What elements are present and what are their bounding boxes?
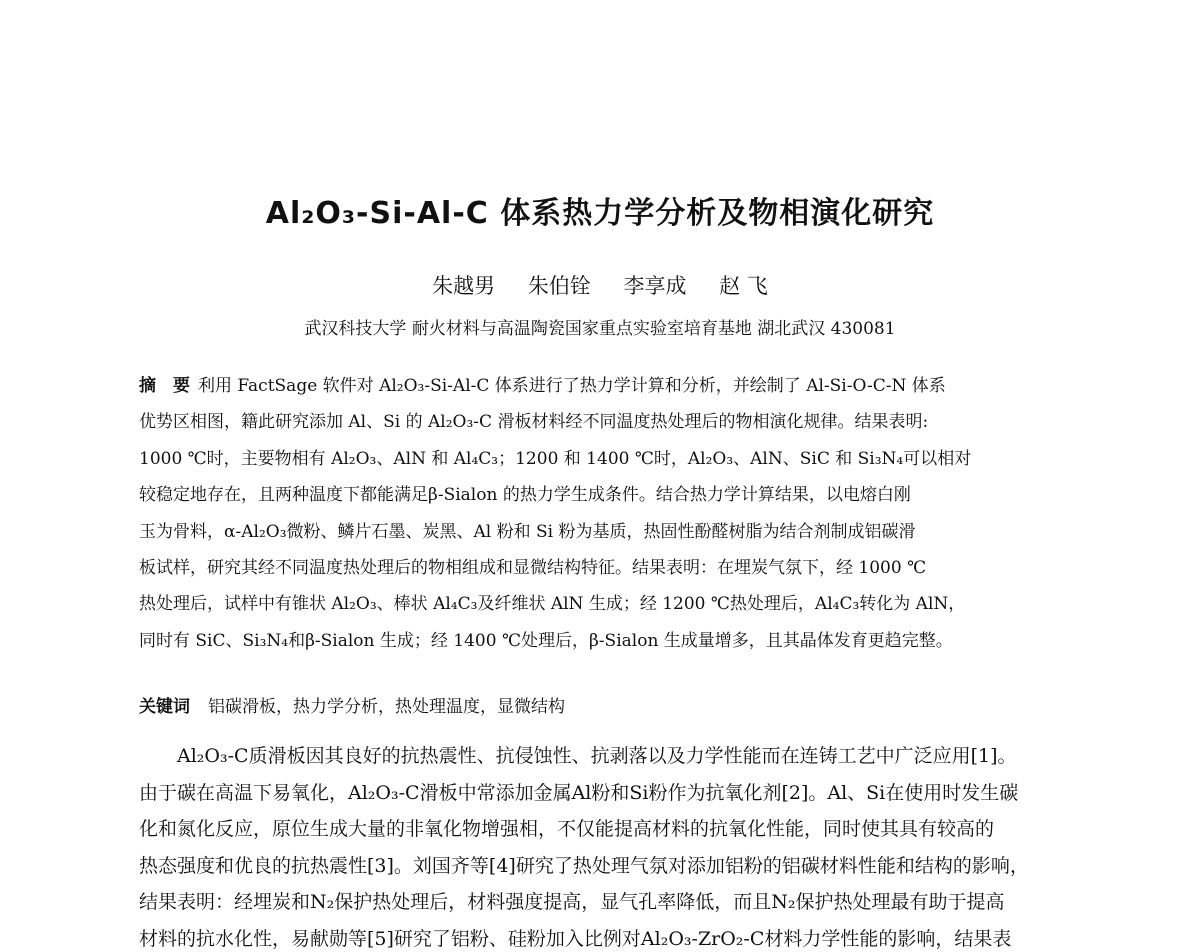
abstract-line: 同时有 SiC、Si₃N₄和β-Sialon 生成；经 1400 ℃处理后，β-… [139,623,1082,659]
paper-page: Al₂O₃-Si-Al-C 体系热力学分析及物相演化研究 朱越男 朱伯铨 李享成… [0,0,1200,952]
author: 朱伯铨 [528,274,591,298]
body-line: 热态强度和优良的抗热震性[3]。刘国齐等[4]研究了热处理气氛对添加铝粉的铝碳材… [139,848,1082,885]
keywords: 关键词铝碳滑板，热力学分析，热处理温度，显微结构 [139,692,565,717]
body-line: 化和氮化反应，原位生成大量的非氧化物增强相，不仅能提高材料的抗氧化性能，同时使其… [139,811,1082,848]
affiliation: 武汉科技大学 耐火材料与高温陶瓷国家重点实验室培育基地 湖北武汉 430081 [0,314,1200,339]
abstract-line: 热处理后，试样中有锥状 Al₂O₃、棒状 Al₄C₃及纤维状 AlN 生成；经 … [139,586,1082,622]
body-line: 材料的抗水化性，易献勋等[5]研究了铝粉、硅粉加入比例对Al₂O₃-ZrO₂-C… [139,921,1082,952]
body-line: Al₂O₃-C质滑板因其良好的抗热震性、抗侵蚀性、抗剥落以及力学性能而在连铸工艺… [139,738,1082,775]
keywords-text: 铝碳滑板，热力学分析，热处理温度，显微结构 [208,697,565,717]
body-line: 结果表明：经埋炭和N₂保护热处理后，材料强度提高，显气孔率降低，而且N₂保护热处… [139,884,1082,921]
paper-title: Al₂O₃-Si-Al-C 体系热力学分析及物相演化研究 [0,188,1200,232]
body-line: 由于碳在高温下易氧化，Al₂O₃-C滑板中常添加金属Al粉和Si粉作为抗氧化剂[… [139,775,1082,812]
author: 赵 飞 [719,274,768,298]
keywords-label: 关键词 [139,697,190,717]
author: 李享成 [624,274,687,298]
abstract: 摘 要利用 FactSage 软件对 Al₂O₃-Si-Al-C 体系进行了热力… [139,368,1082,659]
abstract-line: 板试样，研究其经不同温度热处理后的物相组成和显微结构特征。结果表明：在埋炭气氛下… [139,550,1082,586]
author: 朱越男 [432,274,495,298]
abstract-line: 较稳定地存在，且两种温度下都能满足β-Sialon 的热力学生成条件。结合热力学… [139,477,1082,513]
body-paragraph: Al₂O₃-C质滑板因其良好的抗热震性、抗侵蚀性、抗剥落以及力学性能而在连铸工艺… [139,738,1082,952]
author-list: 朱越男 朱伯铨 李享成 赵 飞 [0,270,1200,300]
abstract-label: 摘 要 [139,376,190,396]
abstract-line: 摘 要利用 FactSage 软件对 Al₂O₃-Si-Al-C 体系进行了热力… [139,368,1082,404]
abstract-line: 1000 ℃时，主要物相有 Al₂O₃、AlN 和 Al₄C₃；1200 和 1… [139,441,1082,477]
abstract-line: 玉为骨料，α-Al₂O₃微粉、鳞片石墨、炭黑、Al 粉和 Si 粉为基质，热固性… [139,514,1082,550]
abstract-line: 优势区相图，籍此研究添加 Al、Si 的 Al₂O₃-C 滑板材料经不同温度热处… [139,404,1082,440]
